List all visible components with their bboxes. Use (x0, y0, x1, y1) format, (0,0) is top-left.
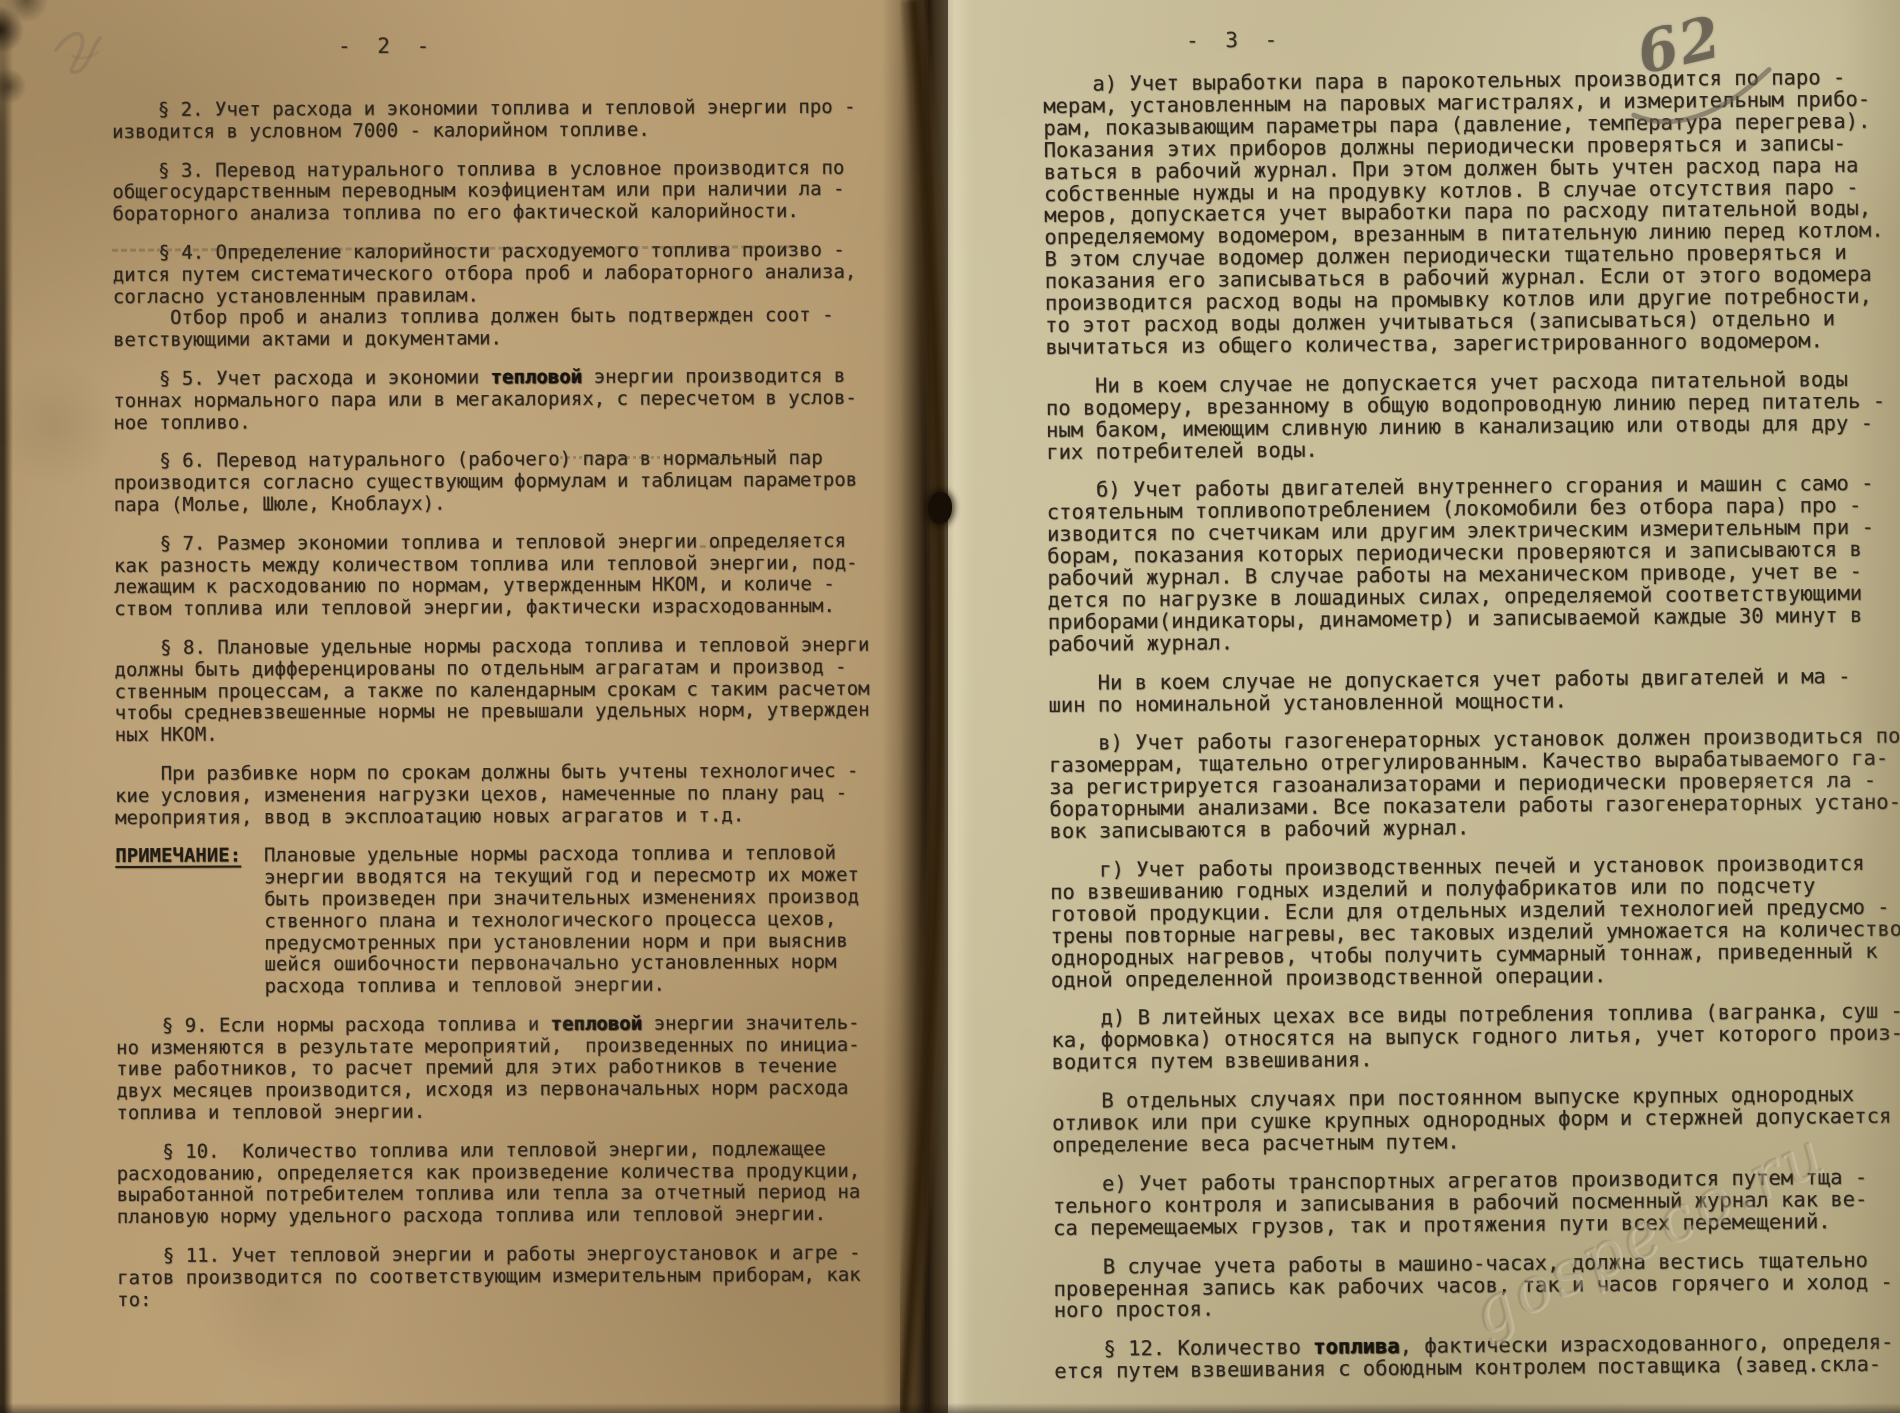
text-line: Показания этих приборов должны периодиче… (1044, 132, 1900, 161)
page-3-number: - 3 - (1186, 27, 1284, 52)
text-line: мероприятия, ввод в эксплоатацию новых а… (115, 804, 930, 829)
text-line: общегосударственным переводным коэфициен… (112, 179, 927, 204)
text-line: согласно установленным правилам. (113, 283, 928, 308)
smudge-line (112, 245, 792, 252)
text-line: В этом случае водомер должен периодическ… (1045, 242, 1900, 271)
text-line: вок записываются в рабочий журнал. (1050, 814, 1900, 843)
text-line: производится согласно существующим форму… (114, 470, 929, 495)
text-line: § 2. Учет расхода и экономии топлива и т… (112, 96, 927, 121)
paragraph: § 4. Определение калорийности расходуемо… (113, 239, 928, 352)
text-line: водится путем взвешивания. (1052, 1045, 1900, 1074)
text-line: ством топлива или тепловой энергии, факт… (114, 596, 929, 621)
paragraph: При разбивке норм по срокам должны быть … (115, 760, 930, 829)
text-line: шин по номинальной установленной мощност… (1048, 687, 1900, 716)
text-line: Ни в коем случае не допускается учет раб… (1048, 665, 1900, 694)
text-line: плановую норму удельного расхода топлива… (117, 1204, 932, 1229)
text-line: тиве работников, то расчет премий для эт… (116, 1056, 931, 1081)
fold-line (882, 0, 968, 1413)
text-line: гих потребителей воды. (1046, 434, 1900, 463)
page-2-number: - 2 - (338, 34, 436, 58)
text-line: должны быть дифференцированы по отдельны… (114, 656, 929, 681)
smudge-line (560, 456, 750, 459)
text-line: вычитаться из общего количества, зарегис… (1045, 329, 1900, 358)
text-line: быть произведен при значительных изменен… (115, 886, 930, 911)
text-line: § 9. Если нормы расхода топлива и теплов… (116, 1012, 931, 1037)
text-line: в) Учет работы газогенераторных установо… (1049, 726, 1900, 755)
text-line: но изменяются в результате мероприятий, … (116, 1034, 931, 1059)
corner-stain (0, 0, 90, 110)
text-line: энергии вводятся на текущий год и пересм… (115, 865, 930, 890)
text-line: § 12. Количество топлива, фактически изр… (1054, 1332, 1900, 1361)
text-line: пара (Молье, Шюле, Кноблаух). (114, 491, 929, 516)
text-line: за регистрируется газоанализаторами и пе… (1049, 770, 1900, 799)
paragraph: § 7. Размер экономии топлива и тепловой … (114, 530, 929, 621)
text-line: рам, показывающим параметры пара (давлен… (1043, 110, 1900, 139)
text-line: ственным процессам, а также по календарн… (115, 678, 930, 703)
text-line: двух месяцев производится, исходя из пер… (116, 1078, 931, 1103)
text-line: ется путем взвешивания с обоюдным контро… (1054, 1354, 1900, 1383)
text-line: § 6. Перевод натурального (рабочего) пар… (114, 448, 929, 473)
paragraph: § 9. Если нормы расхода топлива и теплов… (116, 1012, 931, 1125)
paragraph: в) Учет работы газогенераторных установо… (1049, 726, 1900, 843)
paragraph: § 2. Учет расхода и экономии топлива и т… (112, 96, 927, 143)
page-3: - 3 - 62 а) Учет выработки пара в пароко… (948, 0, 1900, 1413)
text-line: ных НКОМ. (115, 722, 930, 747)
paragraph: § 6. Перевод натурального (рабочего) пар… (114, 448, 929, 517)
punch-hole (928, 492, 952, 524)
document-scan: - 2 - § 2. Учет расхода и экономии топли… (0, 0, 1900, 1413)
text-line: расходованию, определяется как произведе… (117, 1160, 932, 1185)
text-line: При разбивке норм по срокам должны быть … (115, 760, 930, 785)
text-line: В отдельных случаях при постоянном выпус… (1052, 1084, 1900, 1113)
text-line: дется по нагрузке в лошадиных силах, опр… (1048, 582, 1900, 611)
text-line: борам, показания которых периодически пр… (1047, 539, 1900, 568)
paragraph: § 5. Учет расхода и экономии тепловой эн… (113, 365, 928, 434)
paragraph: § 8. Плановые удельные нормы расхода топ… (114, 634, 929, 747)
text-line: § 7. Размер экономии топлива и тепловой … (114, 530, 929, 555)
text-line: выработанной потребителем топлива или те… (117, 1182, 932, 1207)
paragraph: г) Учет работы производственных печей и … (1050, 852, 1900, 991)
text-line: приборами(индикаторы, динамометр) и запи… (1048, 604, 1900, 633)
text-line: производится расход воды на промывку кот… (1045, 286, 1900, 315)
text-line: готовой продукции. Если для отдельных из… (1050, 896, 1900, 925)
text-line: са перемещаемых грузов, так и протяжения… (1053, 1210, 1900, 1239)
text-line: чтобы средневзвешенные нормы не превышал… (115, 700, 930, 725)
text-line: топлива и тепловой энергии. (116, 1100, 931, 1125)
paragraph: § 10. Количество топлива или тепловой эн… (117, 1138, 932, 1229)
text-line: § 4. Определение калорийности расходуемо… (113, 239, 928, 264)
text-line: б) Учет работы двигателей внутреннего сг… (1047, 473, 1900, 502)
text-line: шейся ошибочности первоначально установл… (116, 952, 931, 977)
text-line: гатов производится по соответствующим из… (117, 1264, 932, 1289)
text-line: рабочий журнал. (1048, 626, 1900, 655)
text-line: расхода топлива и тепловой энергии. (116, 974, 931, 999)
page-2-text: § 2. Учет расхода и экономии топлива и т… (112, 96, 932, 1328)
scan-bottom-shadow (0, 1403, 1900, 1413)
text-line: то: (117, 1286, 932, 1311)
text-line: трены повторные нагревы, вес таковых изд… (1050, 918, 1900, 947)
paragraph: ПРИМЕЧАНИЕ: Плановые удельные нормы расх… (115, 843, 931, 999)
text-line: стоятельным топливопотреблением (локомоб… (1047, 495, 1900, 524)
text-line: г) Учет работы производственных печей и … (1050, 852, 1900, 881)
embossed-watermark: gospeco.ru (1460, 1115, 1838, 1350)
text-line: ветствующими актами и документами. (113, 327, 928, 352)
paragraph: б) Учет работы двигателей внутреннего сг… (1047, 473, 1900, 656)
text-line: ваться в рабочий журнал. При этом должен… (1044, 154, 1900, 183)
text-line: одной определенной производственной опер… (1051, 962, 1900, 991)
text-line: предусмотренных при установлении норм и … (116, 930, 931, 955)
text-line: лежащим к расходованию по нормам, утверж… (114, 574, 929, 599)
text-line: кие условия, изменения нагрузки цехов, н… (115, 782, 930, 807)
paragraph: Ни в коем случае не допускается учет рас… (1046, 368, 1900, 463)
binding-gutter (882, 0, 968, 1413)
text-line: рабочий журнал. В случае работы на механ… (1047, 561, 1900, 590)
paragraph: д) В литейных цехах все виды потребления… (1051, 1001, 1900, 1074)
text-line: § 5. Учет расхода и экономии тепловой эн… (113, 365, 928, 390)
text-line: ное топливо. (113, 409, 928, 434)
text-line: по водомеру, врезанному в общую водопров… (1046, 390, 1900, 419)
text-line: ка, формовка) относятся на выпуск годног… (1051, 1023, 1900, 1052)
paragraph: Ни в коем случае не допускается учет раб… (1048, 665, 1900, 716)
paragraph: § 12. Количество топлива, фактически изр… (1054, 1332, 1900, 1383)
text-line: по взвешиванию годных изделий и полуфабр… (1050, 874, 1900, 903)
text-line: ным баком, имеющим сливную линию в канал… (1046, 412, 1900, 441)
text-line: бораторного анализа топлива по его факти… (112, 201, 927, 226)
text-line: однородных нагревов, чтобы получить сумм… (1051, 940, 1900, 969)
text-line: как разность между количеством топлива и… (114, 552, 929, 577)
text-line: определяемому водомером, врезанным в пит… (1044, 220, 1900, 249)
text-line: показания его записываться в рабочий жур… (1045, 264, 1900, 293)
text-line: д) В литейных цехах все виды потребления… (1051, 1001, 1900, 1030)
text-line: тоннах нормального пара или в мегакалори… (113, 387, 928, 412)
text-line: § 10. Количество топлива или тепловой эн… (117, 1138, 932, 1163)
text-line: ПРИМЕЧАНИЕ: Плановые удельные нормы расх… (115, 843, 930, 868)
text-line: § 3. Перевод натурального топлива в усло… (112, 157, 927, 182)
paragraph: § 11. Учет тепловой энергии и работы эне… (117, 1242, 932, 1311)
text-line: В случае учета работы в машино-часах, до… (1053, 1249, 1900, 1278)
scan-edge-shadow (0, 0, 13, 1413)
text-line: Ни в коем случае не допускается учет рас… (1046, 368, 1900, 397)
text-line: то этот расход воды должен учитываться (… (1045, 307, 1900, 336)
handwritten-folio-number: 62 (1631, 0, 1812, 129)
text-line: § 11. Учет тепловой энергии и работы эне… (117, 1242, 932, 1267)
text-line: бораторными анализами. Все показатели ра… (1049, 792, 1900, 821)
text-line: изводится в условном 7000 - калорийном т… (112, 118, 927, 143)
text-line: ственного плана и технологического проце… (116, 908, 931, 933)
text-line: собственные нужды и на продувку котлов. … (1044, 176, 1900, 205)
text-line: изводится по счетчикам или другим электр… (1047, 517, 1900, 546)
text-line: меров, допускается учет выработки пара п… (1044, 198, 1900, 227)
text-line: дится путем систематического отбора проб… (113, 261, 928, 286)
text-line: газомеррам, тщательно отрегулированным. … (1049, 748, 1900, 777)
text-line: § 8. Плановые удельные нормы расхода топ… (114, 634, 929, 659)
smudge-line (700, 545, 790, 548)
text-line: Отбор проб и анализ топлива должен быть … (113, 305, 928, 330)
page-2: - 2 - § 2. Учет расхода и экономии топли… (0, 0, 928, 1413)
paragraph: § 3. Перевод натурального топлива в усло… (112, 157, 927, 226)
